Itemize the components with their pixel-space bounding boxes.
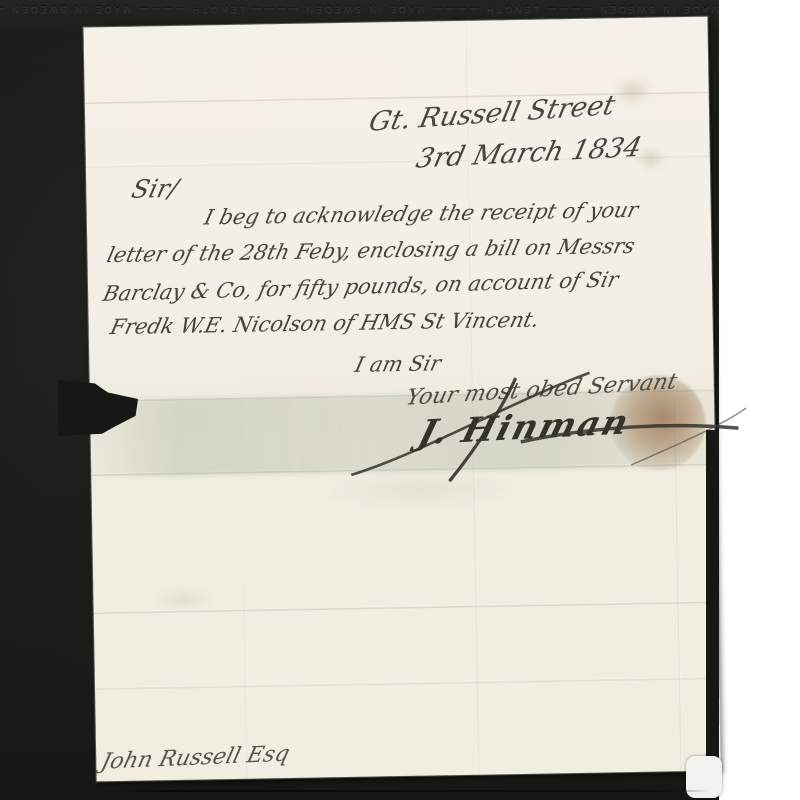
small-stain — [612, 76, 653, 107]
letter-body-line-4: Fredk W.E. Nicolson of HMS St Vincent. — [108, 308, 542, 340]
mat-embossed-text: MADE IN SWEDEN ———— LENGTH ———— MADE IN … — [0, 1, 719, 17]
letter-body-line-1: I beg to acknowledge the receipt of your — [202, 198, 641, 230]
letter-body-line-2: letter of the 28th Feby, enclosing a bil… — [105, 234, 638, 267]
letter-paper: Gt. Russell Street 3rd March 1834 Sir/ I… — [83, 17, 720, 782]
fold-line — [95, 677, 719, 691]
small-stain — [153, 585, 213, 612]
letter-date-line: 3rd March 1834 — [413, 132, 645, 175]
letter-addressee-docket: John Russell Esq — [99, 742, 293, 775]
letter-salutation: Sir/ — [129, 174, 181, 204]
ink-smudge — [321, 468, 522, 511]
mat-right-edge — [706, 430, 719, 800]
mat-groove-line — [108, 790, 708, 792]
letter-closing-1: I am Sir — [353, 351, 444, 377]
letter-body-line-3: Barclay & Co, for fifty pounds, on accou… — [101, 267, 621, 305]
letter-photograph: MADE IN SWEDEN ———— LENGTH ———— MADE IN … — [0, 0, 719, 800]
